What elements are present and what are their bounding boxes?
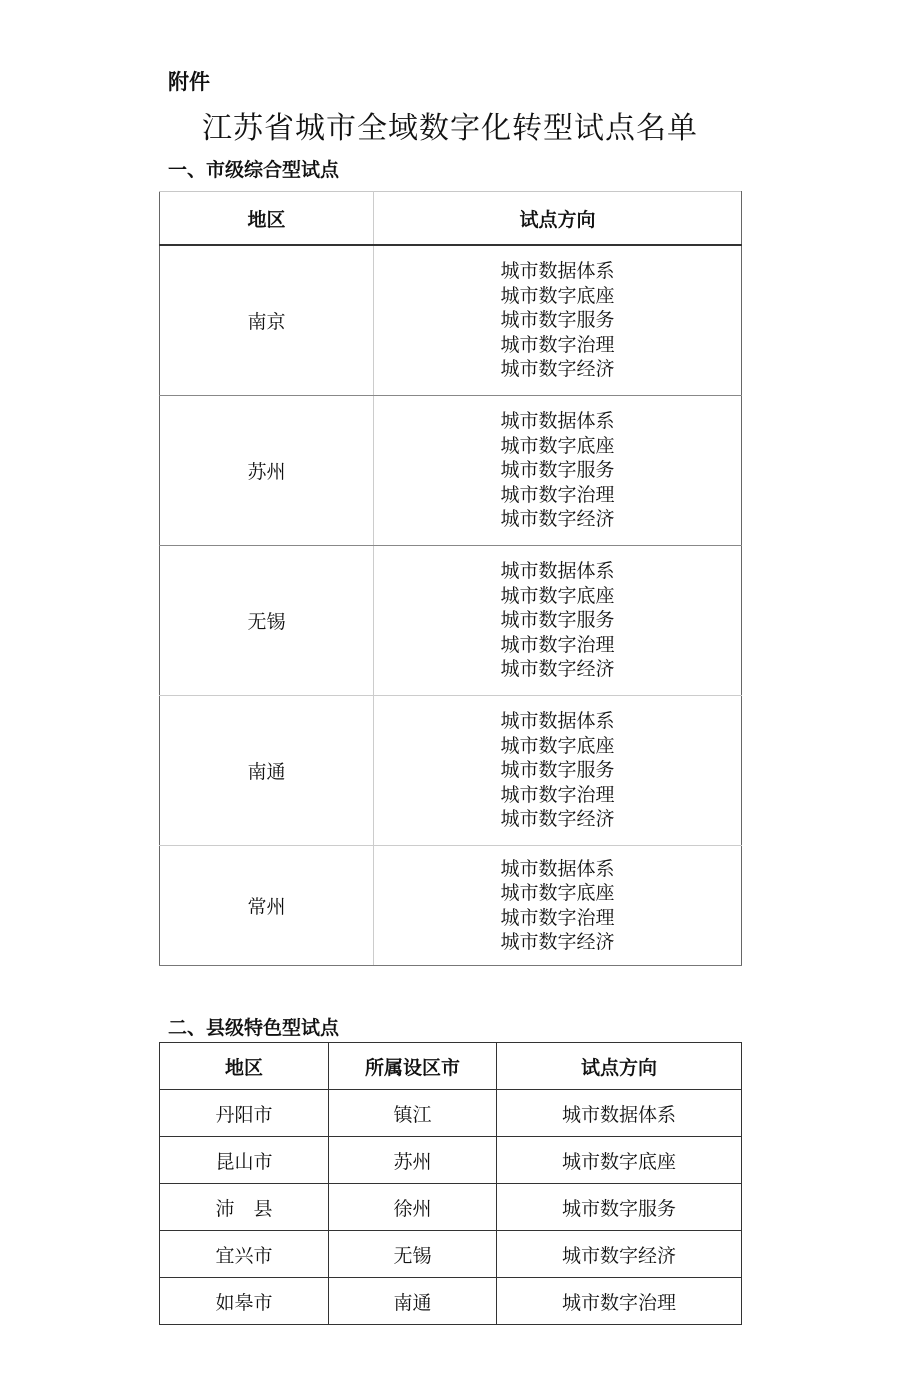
direction-item: 城市数字治理 — [375, 483, 740, 508]
table-row: 苏州 城市数据体系 城市数字底座 城市数字服务 城市数字治理 城市数字经济 — [160, 396, 742, 546]
table-row: 南京 城市数据体系 城市数字底座 城市数字服务 城市数字治理 城市数字经济 — [160, 245, 742, 396]
table-header-row: 地区 试点方向 — [160, 192, 742, 246]
direction-item: 城市数字经济 — [375, 657, 740, 682]
direction-cell: 城市数字底座 — [497, 1137, 742, 1184]
county-pilot-table: 地区 所属设区市 试点方向 丹阳市 镇江 城市数据体系 昆山市 苏州 城市数字底… — [159, 1042, 742, 1325]
direction-item: 城市数据体系 — [375, 259, 740, 284]
table-row: 常州 城市数据体系 城市数字底座 城市数字治理 城市数字经济 — [160, 846, 742, 966]
direction-item: 城市数据体系 — [375, 559, 740, 584]
direction-item: 城市数据体系 — [375, 409, 740, 434]
region-cell: 如皋市 — [160, 1278, 329, 1325]
directions-cell: 城市数据体系 城市数字底座 城市数字服务 城市数字治理 城市数字经济 — [374, 546, 742, 696]
region-cell: 南通 — [160, 696, 374, 846]
city-pilot-table: 地区 试点方向 南京 城市数据体系 城市数字底座 城市数字服务 城市数字治理 城… — [159, 191, 742, 966]
direction-item: 城市数字服务 — [375, 758, 740, 783]
table-row: 无锡 城市数据体系 城市数字底座 城市数字服务 城市数字治理 城市数字经济 — [160, 546, 742, 696]
region-cell: 苏州 — [160, 396, 374, 546]
directions-cell: 城市数据体系 城市数字底座 城市数字服务 城市数字治理 城市数字经济 — [374, 696, 742, 846]
attachment-label: 附件 — [168, 66, 210, 96]
direction-item: 城市数字服务 — [375, 458, 740, 483]
table-row: 如皋市 南通 城市数字治理 — [160, 1278, 742, 1325]
header-direction: 试点方向 — [497, 1043, 742, 1090]
direction-cell: 城市数字服务 — [497, 1184, 742, 1231]
direction-item: 城市数字治理 — [375, 633, 740, 658]
direction-item: 城市数字经济 — [375, 807, 740, 832]
region-cell: 宜兴市 — [160, 1231, 329, 1278]
region-cell: 丹阳市 — [160, 1090, 329, 1137]
direction-item: 城市数字服务 — [375, 308, 740, 333]
table-row: 昆山市 苏州 城市数字底座 — [160, 1137, 742, 1184]
title-text: 江苏省城市全域数字化转型试点名单 — [202, 103, 698, 147]
direction-item: 城市数字经济 — [375, 507, 740, 532]
direction-item: 城市数据体系 — [375, 709, 740, 734]
direction-item: 城市数字底座 — [375, 734, 740, 759]
direction-cell: 城市数字经济 — [497, 1231, 742, 1278]
table-row: 南通 城市数据体系 城市数字底座 城市数字服务 城市数字治理 城市数字经济 — [160, 696, 742, 846]
city-cell: 无锡 — [329, 1231, 497, 1278]
direction-item: 城市数字治理 — [375, 333, 740, 358]
city-cell: 苏州 — [329, 1137, 497, 1184]
section2-heading: 二、县级特色型试点 — [168, 1013, 339, 1040]
region-cell: 沛 县 — [160, 1184, 329, 1231]
direction-cell: 城市数字治理 — [497, 1278, 742, 1325]
table-row: 丹阳市 镇江 城市数据体系 — [160, 1090, 742, 1137]
region-cell: 昆山市 — [160, 1137, 329, 1184]
directions-cell: 城市数据体系 城市数字底座 城市数字治理 城市数字经济 — [374, 846, 742, 966]
directions-cell: 城市数据体系 城市数字底座 城市数字服务 城市数字治理 城市数字经济 — [374, 396, 742, 546]
header-region: 地区 — [160, 1043, 329, 1090]
header-region: 地区 — [160, 192, 374, 246]
region-cell: 南京 — [160, 245, 374, 396]
direction-item: 城市数字底座 — [375, 284, 740, 309]
direction-item: 城市数字底座 — [375, 881, 740, 906]
header-city: 所属设区市 — [329, 1043, 497, 1090]
direction-item: 城市数字经济 — [375, 930, 740, 955]
header-direction: 试点方向 — [374, 192, 742, 246]
table-row: 沛 县 徐州 城市数字服务 — [160, 1184, 742, 1231]
section1-heading: 一、市级综合型试点 — [168, 155, 339, 182]
region-cell: 常州 — [160, 846, 374, 966]
document-title: 江苏省城市全域数字化转型试点名单 — [0, 103, 900, 147]
direction-item: 城市数字治理 — [375, 783, 740, 808]
table-header-row: 地区 所属设区市 试点方向 — [160, 1043, 742, 1090]
direction-item: 城市数字底座 — [375, 434, 740, 459]
direction-item: 城市数字经济 — [375, 357, 740, 382]
city-cell: 南通 — [329, 1278, 497, 1325]
city-cell: 徐州 — [329, 1184, 497, 1231]
city-cell: 镇江 — [329, 1090, 497, 1137]
direction-item: 城市数字治理 — [375, 906, 740, 931]
direction-item: 城市数据体系 — [375, 857, 740, 882]
region-cell: 无锡 — [160, 546, 374, 696]
directions-cell: 城市数据体系 城市数字底座 城市数字服务 城市数字治理 城市数字经济 — [374, 245, 742, 396]
direction-item: 城市数字底座 — [375, 584, 740, 609]
table-row: 宜兴市 无锡 城市数字经济 — [160, 1231, 742, 1278]
direction-cell: 城市数据体系 — [497, 1090, 742, 1137]
direction-item: 城市数字服务 — [375, 608, 740, 633]
